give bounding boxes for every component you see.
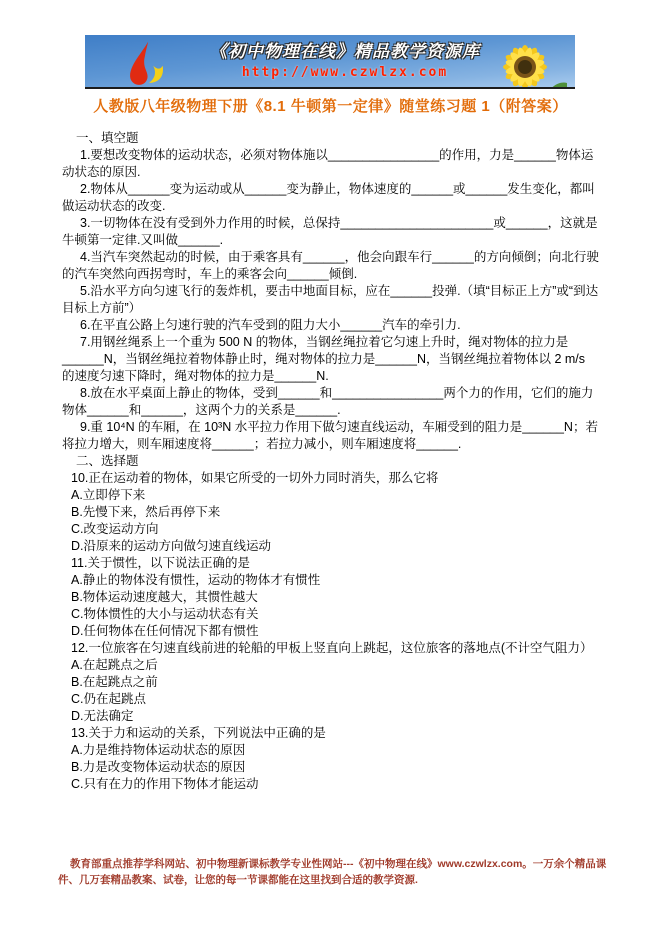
choice-question-10-option-a: A.立即停下来 [62,487,599,504]
fill-question-3: 3.一切物体在没有受到外力作用的时候，总保持__________________… [62,215,599,249]
fill-question-4: 4.当汽车突然起动的时候，由于乘客具有______，他会向跟车行______的方… [62,249,599,283]
choice-question-10-option-d: D.沿原来的运动方向做匀速直线运动 [62,538,599,555]
site-banner: 《初中物理在线》精品教学资源库 http://www.czwlzx.com [85,35,575,89]
choice-question-12-option-d: D.无法确定 [62,708,599,725]
choice-question-13-option-b: B.力是改变物体运动状态的原因 [62,759,599,776]
site-logo-icon [117,40,169,88]
choice-question-13-option-a: A.力是维持物体运动状态的原因 [62,742,599,759]
promo-footer-text: 教育部重点推荐学科网站、初中物理新课标教学专业性网站---《初中物理在线》www… [58,856,610,888]
fill-question-5: 5.沿水平方向匀速飞行的轰炸机，要击中地面目标，应在______投弹.（填“目标… [62,283,599,317]
choice-question-10-option-b: B.先慢下来，然后再停下来 [62,504,599,521]
fill-question-7: 7.用钢丝绳系上一个重为 500 N 的物体，当钢丝绳拉着它匀速上升时，绳对物体… [62,334,599,385]
sunflower-icon [495,35,567,89]
choice-question-13-stem: 13.关于力和运动的关系，下列说法中正确的是 [62,725,599,742]
choice-question-11-stem: 11.关于惯性，以下说法正确的是 [62,555,599,572]
section-heading-fill-in: 一、填空题 [62,130,599,147]
fill-question-9: 9.重 10⁴N 的车厢，在 10³N 水平拉力作用下做匀速直线运动，车厢受到的… [62,419,599,453]
worksheet-page: 《初中物理在线》精品教学资源库 http://www.czwlzx.com [0,0,661,936]
choice-question-12-option-b: B.在起跳点之前 [62,674,599,691]
worksheet-body: 一、填空题 1.要想改变物体的运动状态，必须对物体施以_____________… [62,130,599,793]
choice-question-11-option-a: A.静止的物体没有惯性，运动的物体才有惯性 [62,572,599,589]
fill-question-8: 8.放在水平桌面上静止的物体，受到______和________________… [62,385,599,419]
fill-question-2: 2.物体从______变为运动或从______变为静止，物体速度的______或… [62,181,599,215]
site-url: http://www.czwlzx.com [195,65,495,80]
section-heading-choice: 二、选择题 [62,453,599,470]
choice-question-11-option-c: C.物体惯性的大小与运动状态有关 [62,606,599,623]
fill-question-1: 1.要想改变物体的运动状态，必须对物体施以________________的作用… [62,147,599,181]
choice-question-10-option-c: C.改变运动方向 [62,521,599,538]
choice-question-12-stem: 12.一位旅客在匀速直线前进的轮船的甲板上竖直向上跳起，这位旅客的落地点(不计空… [62,640,599,657]
banner-text: 《初中物理在线》精品教学资源库 http://www.czwlzx.com [195,37,495,80]
choice-question-11-option-b: B.物体运动速度越大，其惯性越大 [62,589,599,606]
choice-question-12-option-c: C.仍在起跳点 [62,691,599,708]
document-title: 人教版八年级物理下册《8.1 牛顿第一定律》随堂练习题 1（附答案） [0,95,661,116]
fill-question-6: 6.在平直公路上匀速行驶的汽车受到的阻力大小______汽车的牵引力. [62,317,599,334]
choice-question-12-option-a: A.在起跳点之后 [62,657,599,674]
choice-question-11-option-d: D.任何物体在任何情况下都有惯性 [62,623,599,640]
site-title: 《初中物理在线》精品教学资源库 [195,37,495,62]
choice-question-13-option-c: C.只有在力的作用下物体才能运动 [62,776,599,793]
choice-question-10-stem: 10.正在运动着的物体，如果它所受的一切外力同时消失，那么它将 [62,470,599,487]
